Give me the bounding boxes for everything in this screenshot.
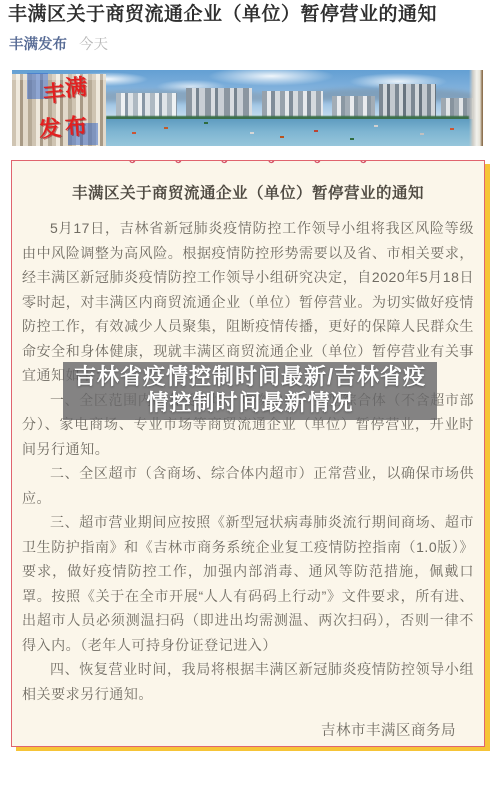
banner-calligraphy-char: 满 xyxy=(64,76,88,100)
notice-paragraph: 四、恢复营业时间，我局将根据丰满区新冠肺炎疫情防控领导小组相关要求另行通知。 xyxy=(22,657,474,706)
ring-decorations: ə ə ə ə ə ə xyxy=(12,160,484,166)
ribbon-loop-icon: ə xyxy=(173,160,183,167)
page-title: 丰满区关于商贸流通企业（单位）暂停营业的通知 xyxy=(8,2,494,28)
banner-buildings xyxy=(262,91,323,119)
banner-buildings xyxy=(379,84,436,118)
article-page: 丰满区关于商贸流通企业（单位）暂停营业的通知 丰满发布今天 丰 满 发 布 ə … xyxy=(0,0,500,786)
signature-org: 吉林市丰满区商务局 xyxy=(22,719,456,743)
watermark-line: 吉林省疫情控制时间最新/吉林省疫 xyxy=(63,364,437,390)
author-link[interactable]: 丰满发布 xyxy=(9,37,67,53)
banner-river xyxy=(101,119,483,146)
watermark-overlay: 吉林省疫情控制时间最新/吉林省疫 情控制时间最新情况 xyxy=(63,362,437,420)
notice-title: 丰满区关于商贸流通企业（单位）暂停营业的通知 xyxy=(22,181,474,203)
banner-image: 丰 满 发 布 xyxy=(12,70,483,146)
publish-time: 今天 xyxy=(79,37,108,53)
banner-boats xyxy=(12,70,16,72)
byline: 丰满发布今天 xyxy=(9,33,108,54)
signature-block: 吉林市丰满区商务局 2020年5月17日 xyxy=(22,719,474,747)
signature-date: 2020年5月17日 xyxy=(22,743,456,747)
watermark-line: 情控制时间最新情况 xyxy=(63,390,437,416)
ribbon-loop-icon: ə xyxy=(220,160,230,167)
ribbon-loop-icon: ə xyxy=(266,160,276,167)
ribbon-loop-icon: ə xyxy=(312,160,322,167)
ribbon-loop-icon: ə xyxy=(127,160,137,167)
notice-body: 5月17日，吉林省新冠肺炎疫情防控工作领导小组将我区风险等级由中风险调整为高风险… xyxy=(22,216,474,706)
notice-paragraph: 三、超市营业期间应按照《新型冠状病毒肺炎流行期间商场、超市卫生防护指南》和《吉林… xyxy=(22,510,474,657)
banner-buildings xyxy=(116,93,177,119)
ribbon-loop-icon: ə xyxy=(358,160,368,167)
banner-calligraphy-char: 发 xyxy=(38,117,62,141)
banner-calligraphy-char: 布 xyxy=(64,115,88,139)
banner-buildings xyxy=(186,88,252,118)
banner-calligraphy-char: 丰 xyxy=(42,82,66,106)
notice-box: ə ə ə ə ə ə 丰满区关于商贸流通企业（单位）暂停营业的通知 5月17日… xyxy=(11,160,485,747)
notice-paragraph: 二、全区超市（含商场、综合体内超市）正常营业，以确保市场供应。 xyxy=(22,461,474,510)
banner-page-curl xyxy=(469,70,483,146)
